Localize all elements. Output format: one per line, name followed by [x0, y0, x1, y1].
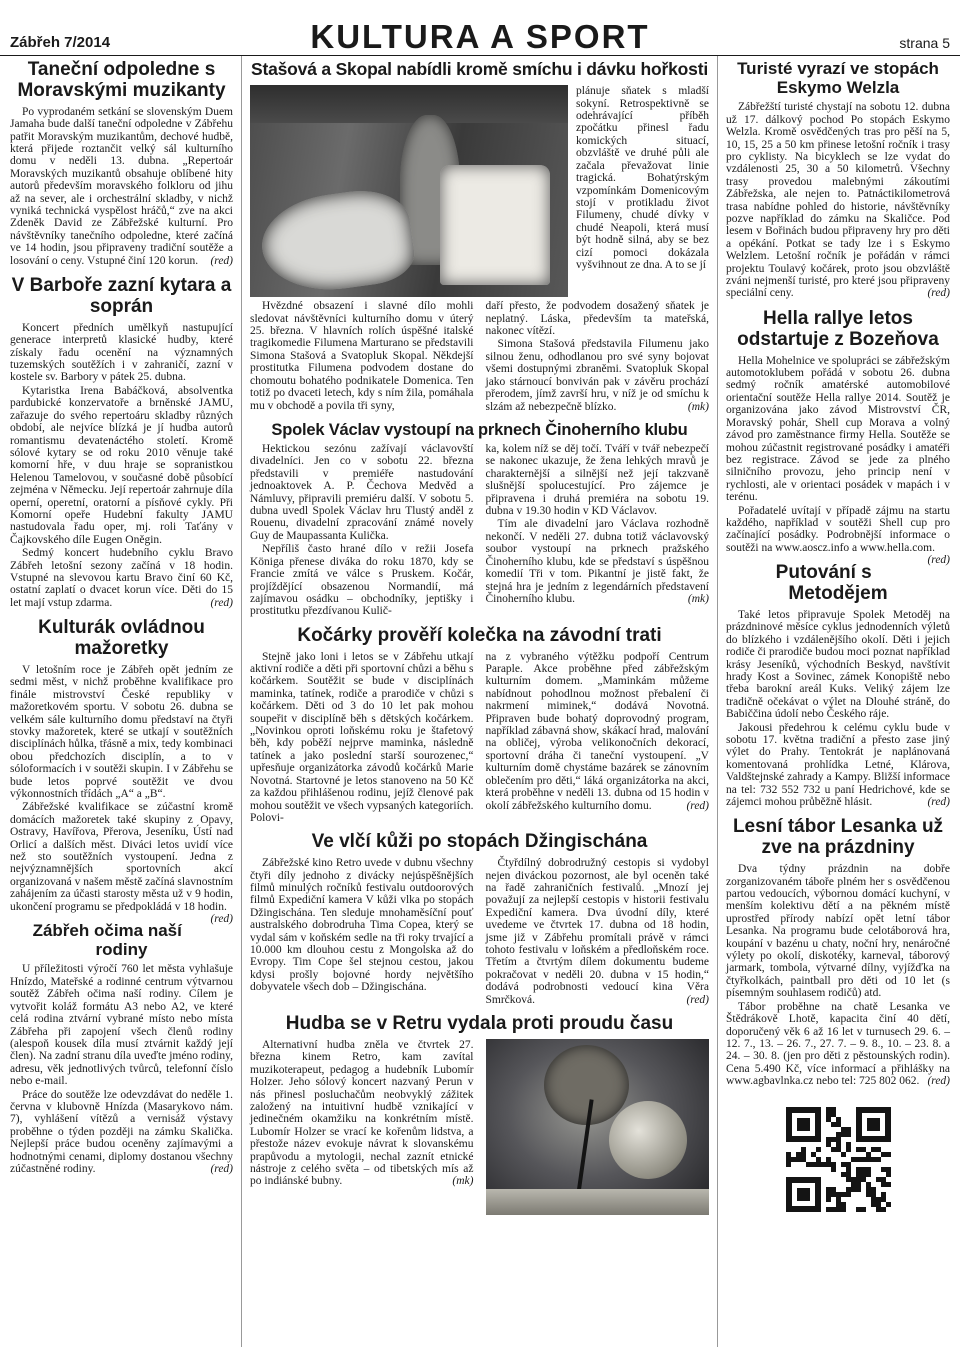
- article-title: Zábřeh očima naší rodiny: [10, 922, 233, 959]
- paragraph-text: Po vyprodaném setkání se slovenským Duem…: [10, 106, 233, 267]
- article-columns: Stejně jako loni i letos se v Zábřehu ut…: [250, 651, 709, 826]
- subcolumn-b: na z vybraného výtěžku podpoří Centrum P…: [486, 651, 710, 826]
- article-paragraph: Zábřežské kino Retro uvede v dubnu všech…: [250, 857, 474, 993]
- article-signature: (red): [921, 1075, 950, 1087]
- article-title: Spolek Václav vystoupí na prknech Činohe…: [250, 421, 709, 439]
- article-paragraph: Čtyřdílný dobrodružný cestopis si vydoby…: [486, 857, 710, 1006]
- page-header: Zábřeh 7/2014 KULTURA A SPORT strana 5: [0, 0, 960, 56]
- paragraph-text: Práce do soutěže lze odevzdávat do neděl…: [10, 1089, 233, 1175]
- qr-finder: [856, 1107, 891, 1142]
- article-signature: (red): [204, 597, 233, 609]
- paragraph-text: Simona Stašová představila Filumenu jako…: [486, 338, 710, 412]
- article-paragraph: Tím ale divadelní jaro Václava rozhodně …: [486, 518, 710, 605]
- article-paragraph: Sedmý koncert hudebního cyklu Bravo Zábř…: [10, 547, 233, 609]
- article-title: Lesní tábor Lesanka už zve na prázdniny: [726, 817, 950, 859]
- article-spolek-vaclav: Spolek Václav vystoupí na prknech Činohe…: [250, 421, 709, 619]
- photo-detail-gong: [609, 1101, 687, 1179]
- photo-detail-curtain: [250, 85, 568, 123]
- paragraph-text: Hektickou sezónu zažívají václavovští di…: [250, 443, 474, 542]
- article-stasova-skopal: Stašová a Skopal nabídli kromě smíchu i …: [250, 60, 709, 414]
- article-title: Hudba se v Retru vydala proti proudu čas…: [250, 1014, 709, 1035]
- photo-side-text: plánuje sňatek s mladší sokyní. Retrospe…: [576, 85, 709, 297]
- paragraph-text: na z vybraného výtěžku podpoří Centrum P…: [486, 651, 710, 812]
- paragraph-text: Alternativní hudba zněla ve čtvrtek 27. …: [250, 1039, 474, 1187]
- article-paragraph: Dva týdny prázdnin na dobře zorganizovan…: [726, 863, 950, 999]
- concert-performer-photo: [486, 1039, 710, 1215]
- article-signature: (red): [921, 796, 950, 808]
- article-signature: (red): [204, 1163, 233, 1175]
- article-kulturak-mazoretky: Kulturák ovládnou mažoretky V letošním r…: [10, 618, 233, 913]
- paragraph-text: U příležitosti výročí 760 let města vyhl…: [10, 963, 233, 1087]
- paragraph-text: Pořadatelé uvítají v případě zájmu na st…: [726, 505, 950, 554]
- article-paragraph: Také letos připravuje Spolek Metoděj na …: [726, 609, 950, 721]
- article-signature: (red): [921, 287, 950, 299]
- article-paragraph: Hvězdné obsazení i slavné dílo mohli sle…: [250, 300, 474, 412]
- article-title: Putování s Metodějem: [726, 563, 950, 605]
- article-paragraph: daří přesto, že podvodem dosažený sňatek…: [486, 300, 710, 337]
- article-paragraph: Nepříliš často hrané dílo v režii Josefa…: [250, 543, 474, 617]
- article-paragraph: Zábřežští turisté chystají na sobotu 12.…: [726, 101, 950, 300]
- article-paragraph: V letošním roce je Zábřeh opět jedním ze…: [10, 664, 233, 800]
- article-paragraph: Stejně jako loni i letos se v Zábřehu ut…: [250, 651, 474, 825]
- article-signature: (red): [680, 994, 709, 1006]
- article-paragraph: Po vyprodaném setkání se slovenským Duem…: [10, 106, 233, 267]
- article-paragraph: U příležitosti výročí 760 let města vyhl…: [10, 963, 233, 1087]
- article-title: Ve vlčí kůži po stopách Džingischána: [250, 832, 709, 853]
- paragraph-text: ka, kolem níž se děj točí. Tváří v tvář …: [486, 443, 710, 517]
- paragraph-text: Tábor proběhne na chatě Lesanka ve Štědr…: [726, 1001, 950, 1087]
- article-columns: Hektickou sezónu zažívají václavovští di…: [250, 443, 709, 619]
- page-title: KULTURA A SPORT: [210, 20, 750, 55]
- article-paragraph: Práce do soutěže lze odevzdávat do neděl…: [10, 1089, 233, 1176]
- theatre-stage-photo: [250, 85, 568, 297]
- article-title: Kočárky prověří kolečka na závodní trati: [250, 626, 709, 647]
- article-signature: (red): [204, 255, 233, 267]
- paragraph-text: Hvězdné obsazení i slavné dílo mohli sle…: [250, 300, 474, 411]
- article-signature: (red): [680, 800, 709, 812]
- subcolumn-a: Alternativní hudba zněla ve čtvrtek 27. …: [250, 1039, 474, 1215]
- article-title: Hella rallye letos odstartuje z Bozeňova: [726, 309, 950, 351]
- article-paragraph: Hella Mohelnice ve spolupráci se zábřežs…: [726, 355, 950, 504]
- article-title: Taneční odpoledne s Moravskými muzikanty: [10, 60, 233, 102]
- paragraph-text: Tím ale divadelní jaro Václava rozhodně …: [486, 518, 710, 604]
- paragraph-text: Sedmý koncert hudebního cyklu Bravo Zábř…: [10, 547, 233, 609]
- article-signature: (red): [921, 554, 950, 566]
- subcolumn-a: Hektickou sezónu zažívají václavovští di…: [250, 443, 474, 619]
- newspaper-page: Zábřeh 7/2014 KULTURA A SPORT strana 5 T…: [0, 0, 960, 1348]
- paragraph-text: Stejně jako loni i letos se v Zábřehu ut…: [250, 651, 474, 824]
- article-paragraph: Zábřežské kvalifikace se zúčastní kromě …: [10, 801, 233, 913]
- paragraph-text: Nepříliš často hrané dílo v režii Josefa…: [250, 543, 474, 617]
- subcolumn-b: [486, 1039, 710, 1215]
- paragraph-text: Hella Mohelnice ve spolupráci se zábřežs…: [726, 355, 950, 503]
- issue-label: Zábřeh 7/2014: [10, 34, 210, 55]
- article-putovani-metodej: Putování s Metodějem Také letos připravu…: [726, 563, 950, 808]
- qr-finder: [786, 1107, 821, 1142]
- article-hella-rallye: Hella rallye letos odstartuje z Bozeňova…: [726, 309, 950, 554]
- paragraph-text: plánuje sňatek s mladší sokyní. Retrospe…: [576, 85, 709, 271]
- subcolumn-a: Stejně jako loni i letos se v Zábřehu ut…: [250, 651, 474, 826]
- photo-detail-drums: [486, 1189, 710, 1215]
- paragraph-text: Zábřežští turisté chystají na sobotu 12.…: [726, 101, 950, 299]
- article-columns: Hvězdné obsazení i slavné dílo mohli sle…: [250, 300, 709, 414]
- article-paragraph: na z vybraného výtěžku podpoří Centrum P…: [486, 651, 710, 812]
- article-zabreh-ocima-rodiny: Zábřeh očima naší rodiny U příležitosti …: [10, 922, 233, 1175]
- paragraph-text: Jakousi předehrou k celému cyklu bude v …: [726, 722, 950, 808]
- article-paragraph: Alternativní hudba zněla ve čtvrtek 27. …: [250, 1039, 474, 1188]
- article-paragraph: Tábor proběhne na chatě Lesanka ve Štědr…: [726, 1001, 950, 1088]
- article-title: Stašová a Skopal nabídli kromě smíchu i …: [250, 60, 709, 79]
- article-lesanka: Lesní tábor Lesanka už zve na prázdniny …: [726, 817, 950, 1087]
- article-paragraph: Pořadatelé uvítají v případě zájmu na st…: [726, 505, 950, 555]
- article-paragraph: Koncert předních umělkyň nastupující gen…: [10, 322, 233, 384]
- article-title: Turisté vyrazí ve stopách Eskymo Welzla: [726, 60, 950, 97]
- page-number: strana 5: [750, 35, 950, 55]
- qr-wrap: [726, 1102, 950, 1217]
- article-paragraph: Simona Stašová představila Filumenu jako…: [486, 338, 710, 412]
- paragraph-text: Také letos připravuje Spolek Metoděj na …: [726, 609, 950, 720]
- column-right: Turisté vyrazí ve stopách Eskymo Welzla …: [718, 56, 960, 1347]
- paragraph-text: daří přesto, že podvodem dosažený sňatek…: [486, 300, 710, 337]
- qr-code: [781, 1102, 896, 1217]
- column-middle: Stašová a Skopal nabídli kromě smíchu i …: [241, 56, 718, 1347]
- article-hudba-retro: Hudba se v Retru vydala proti proudu čas…: [250, 1014, 709, 1215]
- paragraph-text: Dva týdny prázdnin na dobře zorganizovan…: [726, 863, 950, 999]
- column-left: Taneční odpoledne s Moravskými muzikanty…: [0, 56, 241, 1347]
- article-paragraph: ka, kolem níž se děj točí. Tváří v tvář …: [486, 443, 710, 517]
- paragraph-text: Zábřežské kino Retro uvede v dubnu všech…: [250, 857, 474, 993]
- article-kocarky: Kočárky prověří kolečka na závodní trati…: [250, 626, 709, 826]
- photo-detail-performer: [544, 1045, 629, 1125]
- article-signature: (red): [204, 913, 233, 925]
- article-columns: Alternativní hudba zněla ve čtvrtek 27. …: [250, 1039, 709, 1215]
- article-tanecni-odpoledne: Taneční odpoledne s Moravskými muzikanty…: [10, 60, 233, 267]
- article-paragraph: plánuje sňatek s mladší sokyní. Retrospe…: [576, 85, 709, 271]
- subcolumn-a: Hvězdné obsazení i slavné dílo mohli sle…: [250, 300, 474, 414]
- paragraph-text: Čtyřdílný dobrodružný cestopis si vydoby…: [486, 857, 710, 1005]
- article-signature: (mk): [446, 1175, 473, 1187]
- paragraph-text: V letošním roce je Zábřeh opět jedním ze…: [10, 664, 233, 800]
- paragraph-text: Zábřežské kvalifikace se zúčastní kromě …: [10, 801, 233, 912]
- paragraph-text: Koncert předních umělkyň nastupující gen…: [10, 322, 233, 384]
- article-columns: Zábřežské kino Retro uvede v dubnu všech…: [250, 857, 709, 1007]
- photo-row: plánuje sňatek s mladší sokyní. Retrospe…: [250, 85, 709, 297]
- page-body: Taneční odpoledne s Moravskými muzikanty…: [0, 56, 960, 1347]
- article-paragraph: Jakousi předehrou k celému cyklu bude v …: [726, 722, 950, 809]
- article-paragraph: Kytaristka Irena Babáčková, absolventka …: [10, 385, 233, 546]
- article-signature: (mk): [682, 401, 709, 413]
- subcolumn-b: daří přesto, že podvodem dosažený sňatek…: [486, 300, 710, 414]
- article-title: V Barboře zazní kytara a soprán: [10, 276, 233, 318]
- photo-detail-table: [440, 165, 550, 285]
- article-title: Kulturák ovládnou mažoretky: [10, 618, 233, 660]
- photo-detail-reclining-figure: [256, 184, 418, 297]
- article-v-barbore: V Barboře zazní kytara a soprán Koncert …: [10, 276, 233, 609]
- subcolumn-b: ka, kolem níž se děj točí. Tváří v tvář …: [486, 443, 710, 619]
- paragraph-text: Kytaristka Irena Babáčková, absolventka …: [10, 385, 233, 546]
- article-signature: (mk): [682, 593, 709, 605]
- article-paragraph: Hektickou sezónu zažívají václavovští di…: [250, 443, 474, 542]
- article-ve-vlci-kuzi: Ve vlčí kůži po stopách Džingischána Záb…: [250, 832, 709, 1007]
- subcolumn-a: Zábřežské kino Retro uvede v dubnu všech…: [250, 857, 474, 1007]
- qr-finder: [786, 1177, 821, 1212]
- subcolumn-b: Čtyřdílný dobrodružný cestopis si vydoby…: [486, 857, 710, 1007]
- article-turiste-welzl: Turisté vyrazí ve stopách Eskymo Welzla …: [726, 60, 950, 300]
